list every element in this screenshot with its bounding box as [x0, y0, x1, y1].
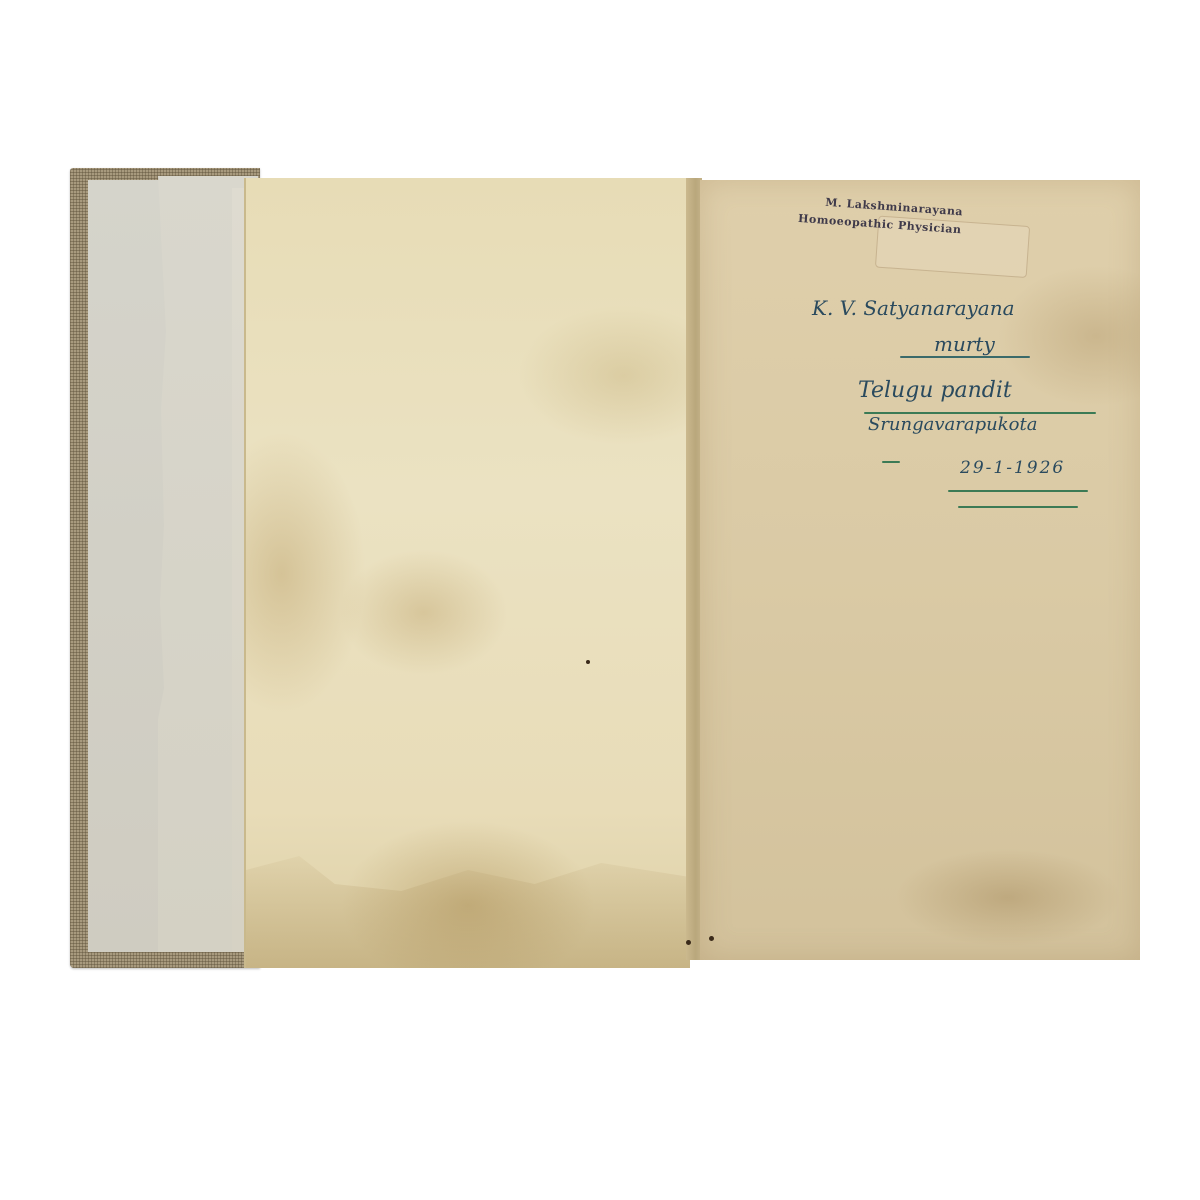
inscription-place: Srungavarapukota	[868, 414, 1037, 435]
underline	[900, 356, 1030, 358]
underline	[948, 490, 1088, 492]
dash-mark	[882, 461, 900, 463]
pinhole	[586, 660, 590, 664]
pinhole	[709, 936, 714, 941]
left-page	[244, 178, 690, 968]
underline	[958, 506, 1078, 508]
pinhole	[686, 940, 691, 945]
inscription-date: 29-1-1926	[960, 458, 1065, 478]
inscription-title: Telugu pandit	[858, 378, 1012, 403]
inscription-name-line1: K. V. Satyanarayana	[812, 296, 1015, 320]
inscription-name-line2: murty	[934, 332, 995, 356]
